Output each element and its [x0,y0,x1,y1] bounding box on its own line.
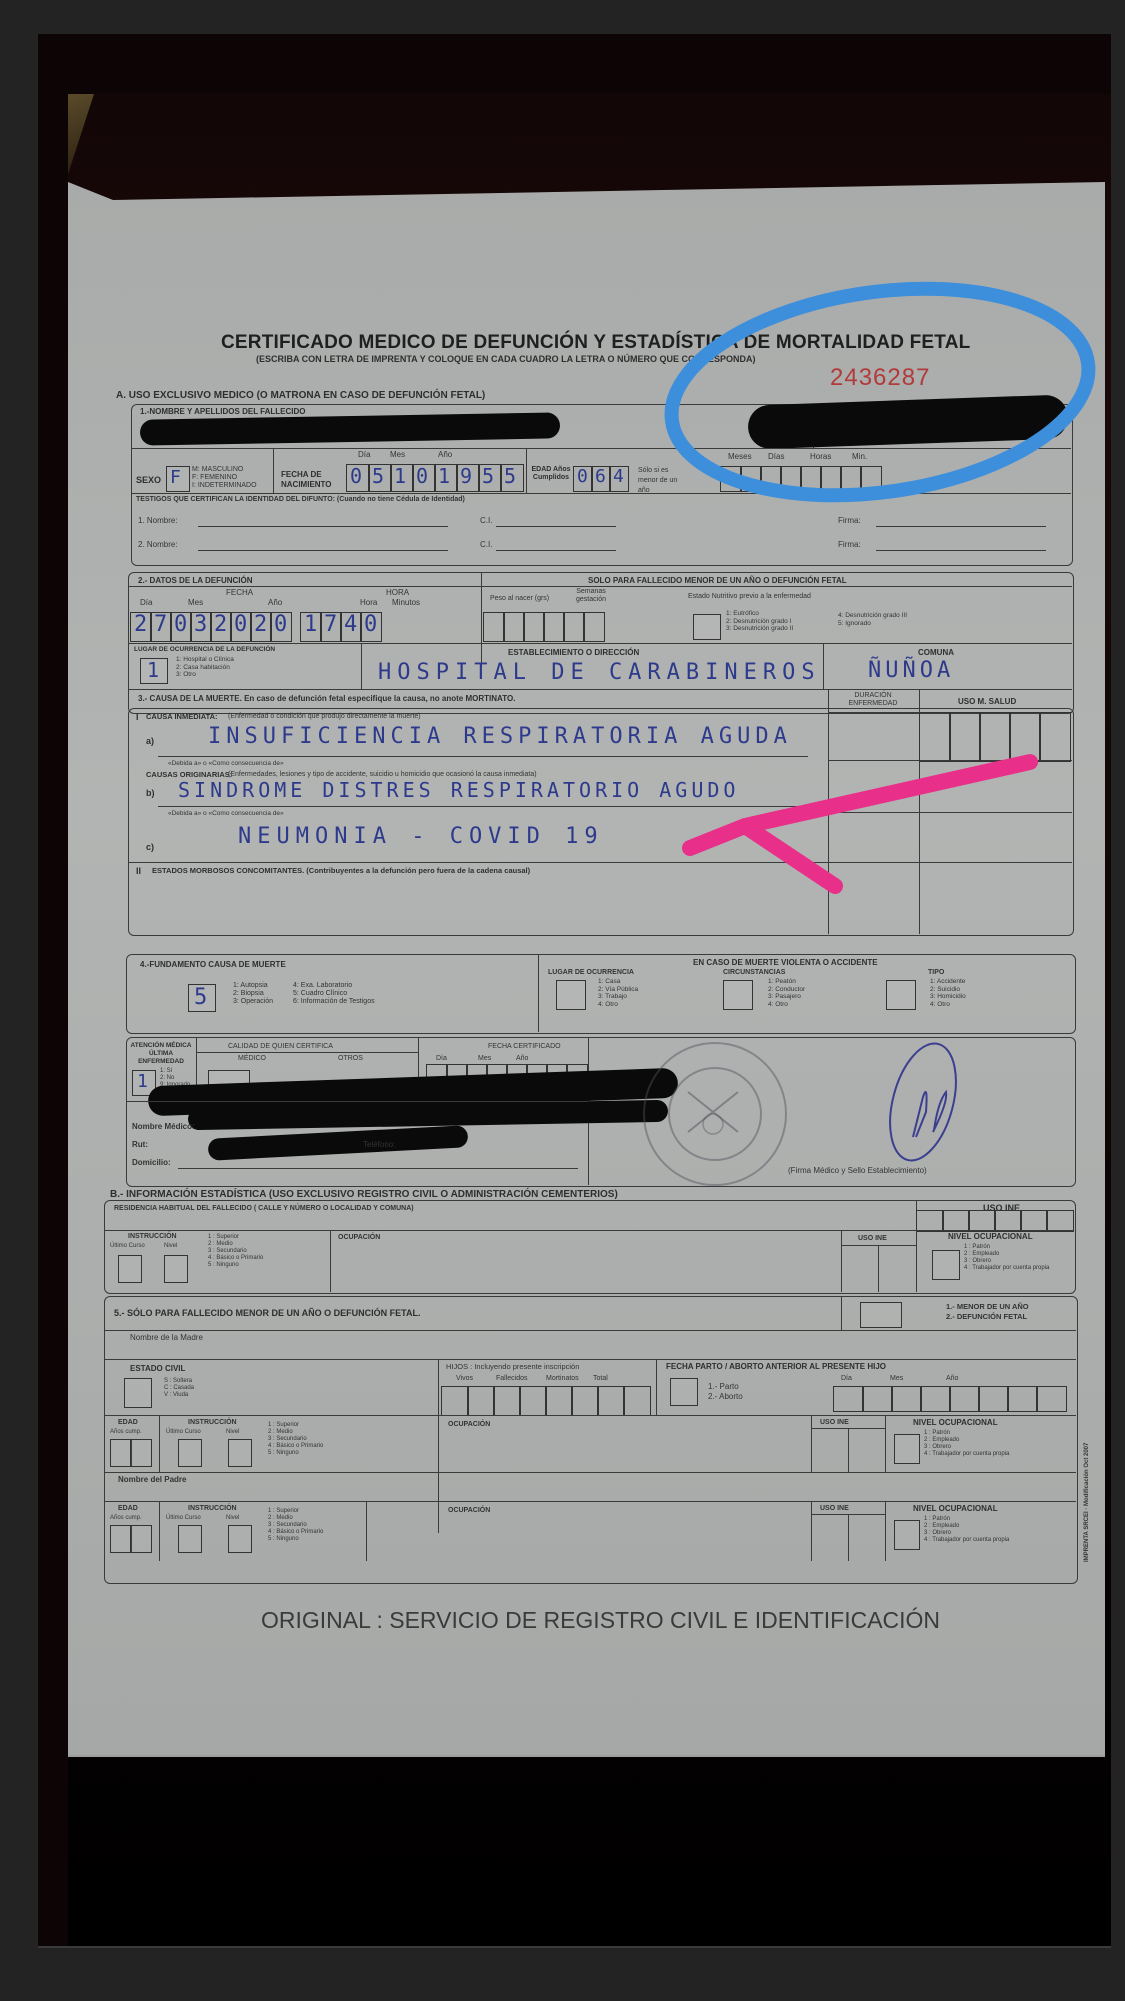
blue-circle-annotation [658,264,1102,521]
annotation-overlay [0,0,1125,2001]
bottom-divider [38,1946,1111,1948]
pink-arrow-annotation [690,762,1030,886]
